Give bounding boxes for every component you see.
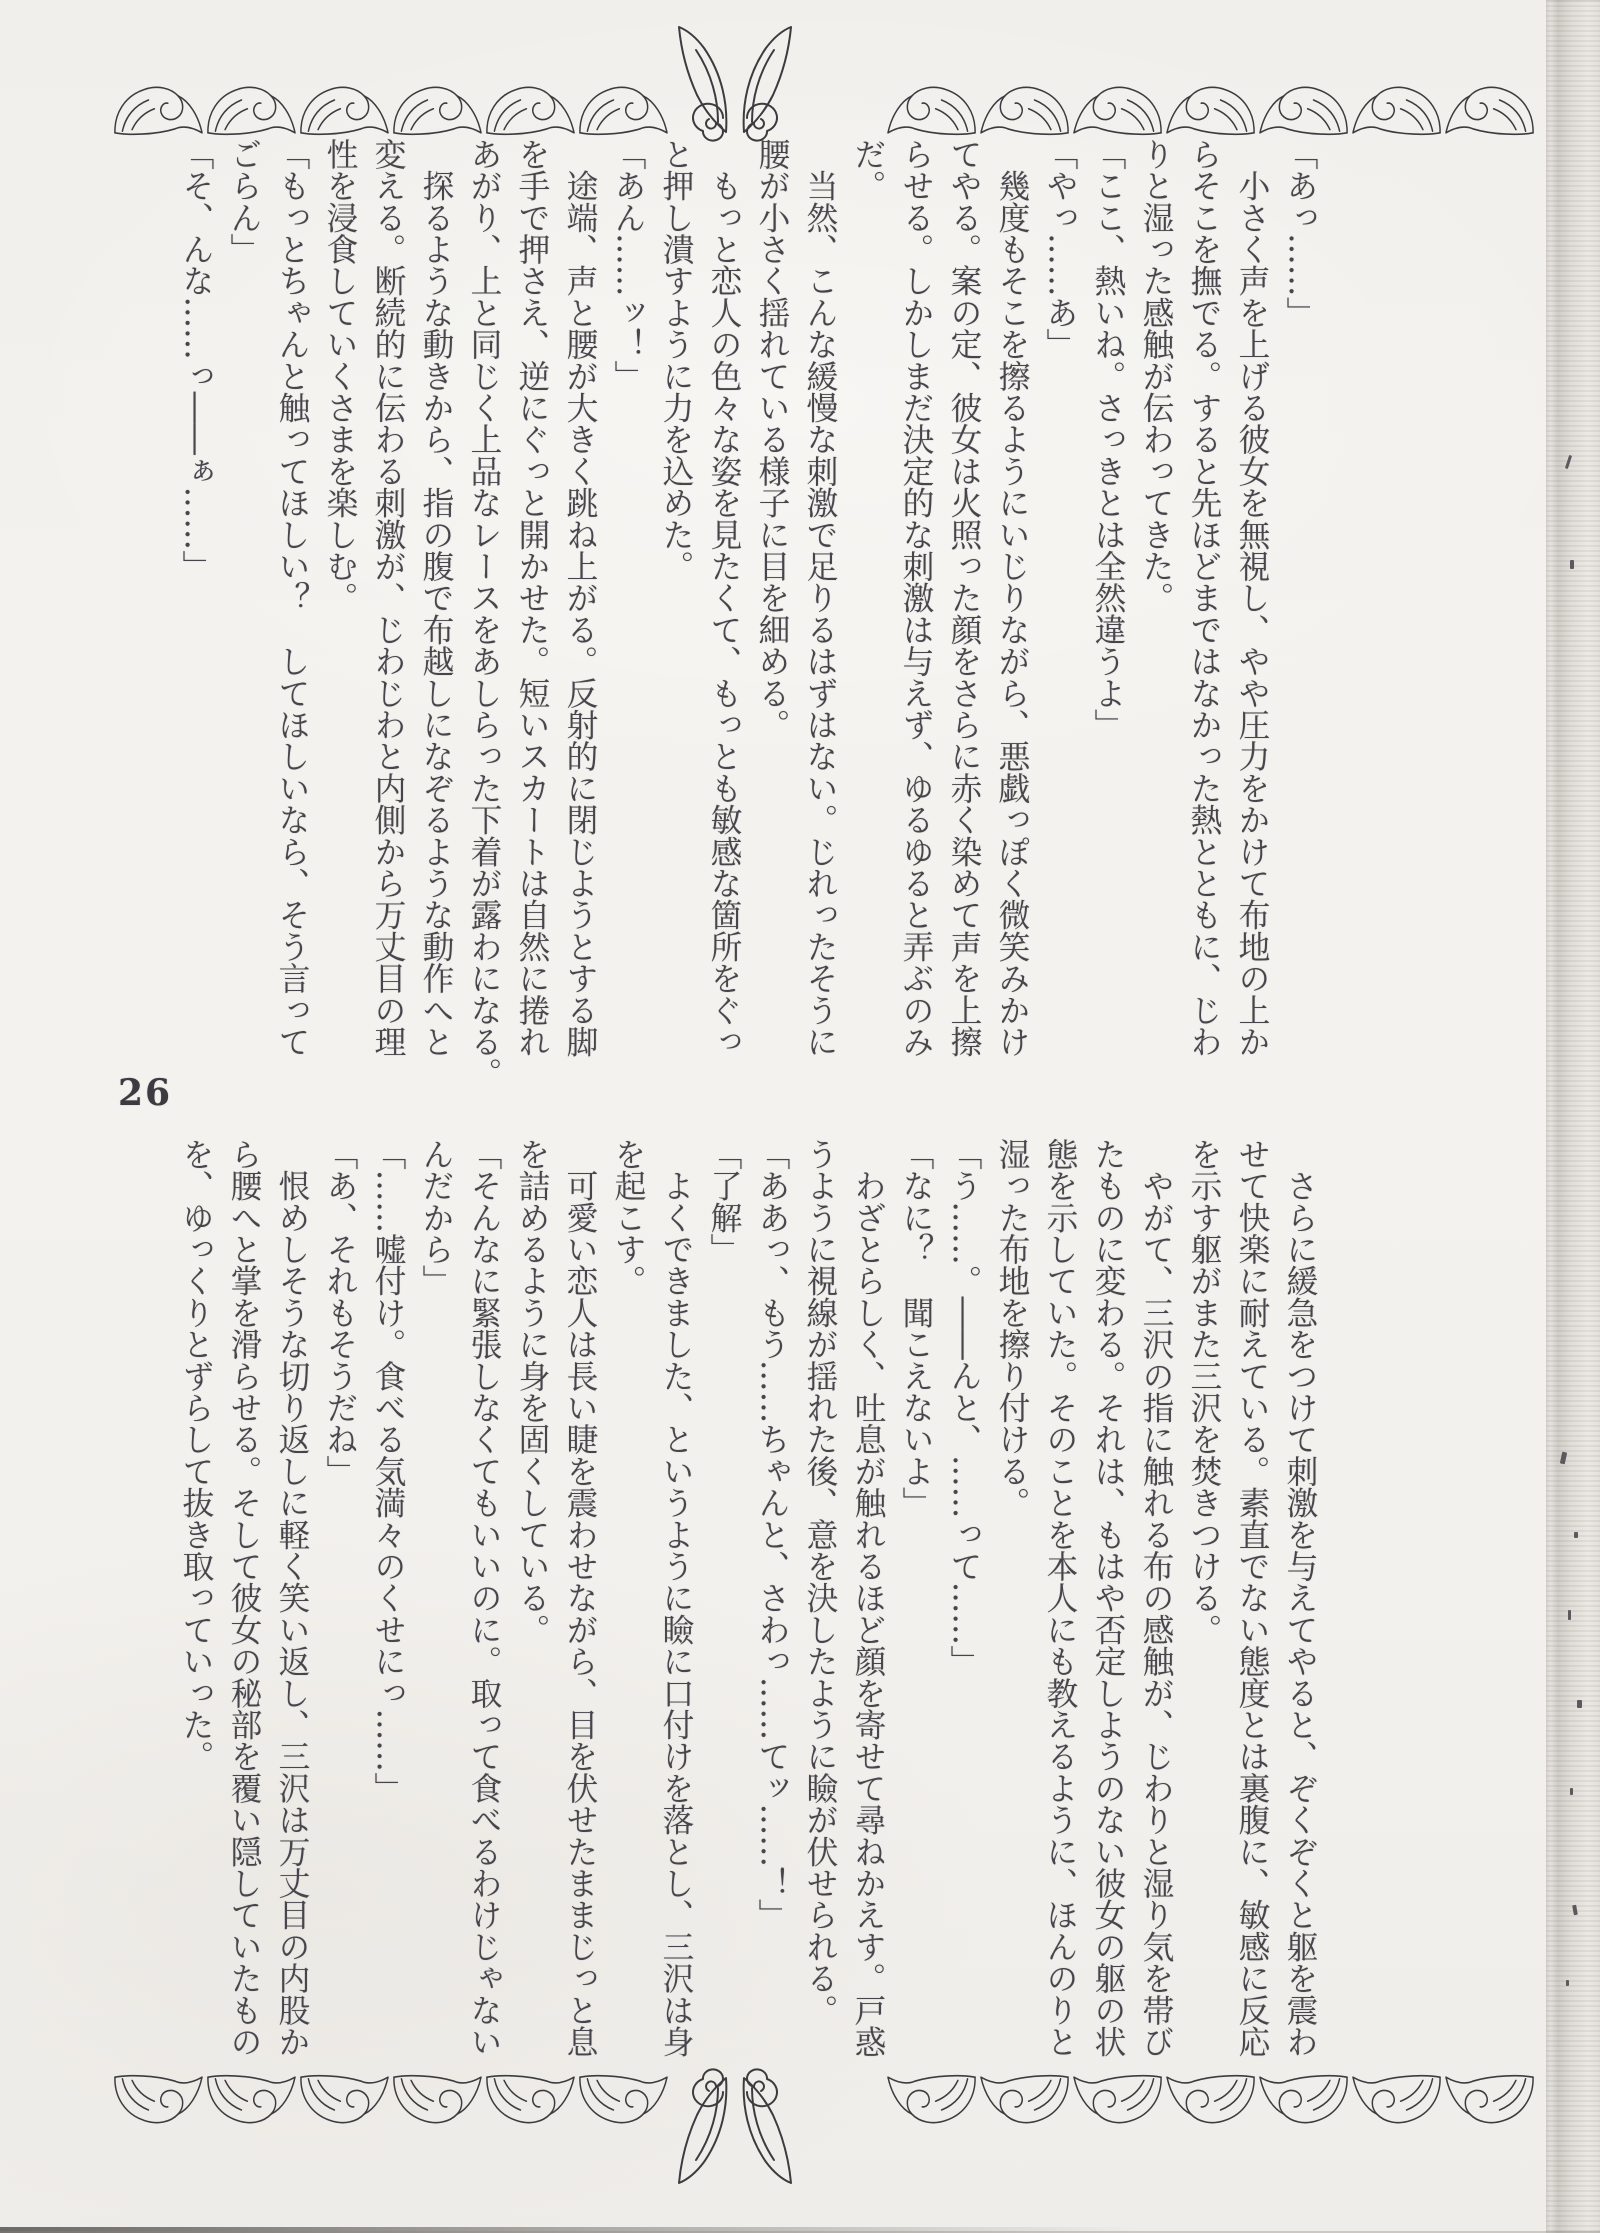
text-column: 途端、声と腰が大きく跳ね上がる。反射的に閉じようとする脚 — [556, 138, 604, 1068]
text-column: 探るような動きから、指の腹で布越しになぞるような動作へと — [412, 138, 460, 1068]
text-column: 態を示していた。そのことを本人にも教えるように、ほんのりと — [1036, 1138, 1084, 2068]
text-column: もっと恋人の色々な姿を見たくて、もっとも敏感な箇所をぐっ — [700, 138, 748, 1068]
scan-edge-strip — [1546, 0, 1600, 2233]
text-column: やがて、三沢の指に触れる布の感触が、じわりと湿り気を帯び — [1132, 1138, 1180, 2068]
text-column: 「そ、んな……っ――ぁ……」 — [172, 138, 220, 1068]
scanned-book-page: { "page": { "number": "26" }, "colors": … — [0, 0, 1600, 2233]
ornamental-border-top-icon — [0, 0, 1600, 150]
text-column: 「やっ……あ」 — [1036, 138, 1084, 1068]
ornamental-border-bottom-icon — [0, 2060, 1600, 2210]
page-number: 26 — [118, 1072, 172, 1114]
text-block-top: 「あっ……」 小さく声を上げる彼女を無視し、やや圧力をかけて布地の上からそこを撫… — [172, 138, 1324, 1070]
text-block-bottom: さらに緩急をつけて刺激を与えてやると、ぞくぞくと躯を震わせて快楽に耐えている。素… — [172, 1138, 1324, 2070]
scan-speck — [1568, 1610, 1571, 1620]
scan-speck — [1566, 1980, 1569, 1986]
text-column: せて快楽に耐えている。素直でない態度とは裏腹に、敏感に反応 — [1228, 1138, 1276, 2068]
text-column: んだから」 — [412, 1138, 460, 2068]
text-column: りと湿った感触が伝わってきた。 — [1132, 138, 1180, 1068]
text-column: を詰めるように身を固くしている。 — [508, 1138, 556, 2068]
text-column: よくできました、というように瞼に口付けを落とし、三沢は身 — [652, 1138, 700, 2068]
scan-speck — [1574, 1532, 1578, 1538]
text-column: 当然、こんな緩慢な刺激で足りるはずはない。じれったそうに — [796, 138, 844, 1068]
text-column: らせる。しかしまだ決定的な刺激は与えず、ゆるゆると弄ぶのみ — [892, 138, 940, 1068]
text-column: 「もっとちゃんと触ってほしい？ してほしいなら、そう言って — [268, 138, 316, 1068]
text-column: 「なに？ 聞こえないよ」 — [892, 1138, 940, 2068]
text-column: 幾度もそこを擦るようにいじりながら、悪戯っぽく微笑みかけ — [988, 138, 1036, 1068]
text-column: わざとらしく、吐息が触れるほど顔を寄せて尋ねかえす。戸惑 — [844, 1138, 892, 2068]
text-column: 「ああっ、もう……ちゃんと、さわっ……てッ……！」 — [748, 1138, 796, 2068]
text-column: 「そんなに緊張しなくてもいいのに。取って食べるわけじゃない — [460, 1138, 508, 2068]
text-column: 「う……。――んと、……って……」 — [940, 1138, 988, 2068]
text-column: 「あっ……」 — [1276, 138, 1324, 1068]
text-column: を示す躯がまた三沢を焚きつける。 — [1180, 1138, 1228, 2068]
text-column: 可愛い恋人は長い睫を震わせながら、目を伏せたままじっと息 — [556, 1138, 604, 2068]
scan-speck — [1570, 1788, 1573, 1795]
text-column: らそこを撫でる。すると先ほどまではなかった熱とともに、じわ — [1180, 138, 1228, 1068]
text-column: 性を浸食していくさまを楽しむ。 — [316, 138, 364, 1068]
text-column: 恨めしそうな切り返しに軽く笑い返し、三沢は万丈目の内股か — [268, 1138, 316, 2068]
wing-crest-icon — [679, 2069, 791, 2183]
text-column: 「あん……ッ！」 — [604, 138, 652, 1068]
text-column: うように視線が揺れた後、意を決したように瞼が伏せられる。 — [796, 1138, 844, 2068]
text-column: 小さく声を上げる彼女を無視し、やや圧力をかけて布地の上か — [1228, 138, 1276, 1068]
scan-speck — [1570, 560, 1574, 569]
text-column: 湿った布地を擦り付ける。 — [988, 1138, 1036, 2068]
text-column: を、ゆっくりとずらして抜き取っていった。 — [172, 1138, 220, 2068]
text-column: てやる。案の定、彼女は火照った顔をさらに赤く染めて声を上擦 — [940, 138, 988, 1068]
text-column: と押し潰すように力を込めた。 — [652, 138, 700, 1068]
scan-speck — [1577, 1700, 1582, 1708]
text-column: 腰が小さく揺れている様子に目を細める。 — [748, 138, 796, 1068]
text-column: を手で押さえ、逆にぐっと開かせた。短いスカートは自然に捲れ — [508, 138, 556, 1068]
text-column: 「了解」 — [700, 1138, 748, 2068]
text-column: あがり、上と同じく上品なレースをあしらった下着が露わになる。 — [460, 138, 508, 1068]
text-column: 「ここ、熱いね。さっきとは全然違うよ」 — [1084, 138, 1132, 1068]
text-column: たものに変わる。それは、もはや否定しようのない彼女の躯の状 — [1084, 1138, 1132, 2068]
text-column: だ。 — [844, 138, 892, 1068]
text-column: を起こす。 — [604, 1138, 652, 2068]
wing-crest-icon — [679, 27, 791, 141]
text-column: ら腰へと掌を滑らせる。そして彼女の秘部を覆い隠していたもの — [220, 1138, 268, 2068]
text-column: ごらん」 — [220, 138, 268, 1068]
text-column: 変える。断続的に伝わる刺激が、じわじわと内側から万丈目の理 — [364, 138, 412, 1068]
text-column: 「あ、それもそうだね」 — [316, 1138, 364, 2068]
text-column: さらに緩急をつけて刺激を与えてやると、ぞくぞくと躯を震わ — [1276, 1138, 1324, 2068]
text-column: 「……嘘付け。食べる気満々のくせにっ……」 — [364, 1138, 412, 2068]
